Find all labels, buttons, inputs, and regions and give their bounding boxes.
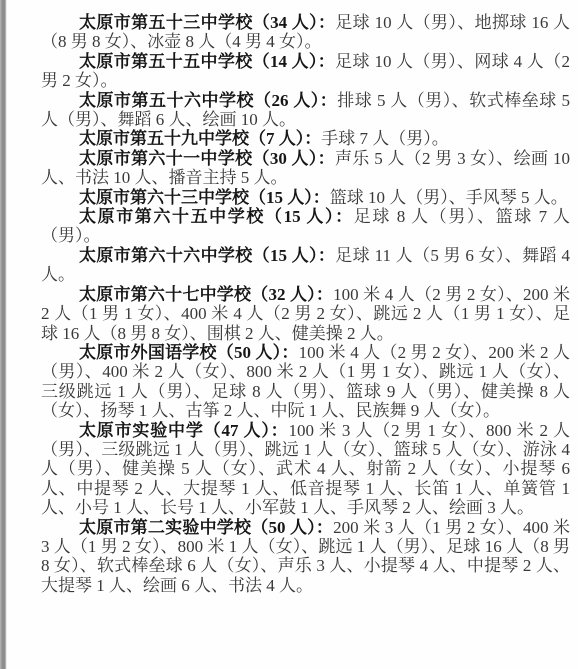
school-entry: 太原市第五十九中学校（7 人）：手球 7 人（男）。 [41,129,570,148]
school-details: 篮球 10 人（男）、手风琴 5 人。 [330,188,568,207]
school-name: 太原市第二实验中学校（50 人）： [79,518,333,537]
school-entry: 太原市第六十六中学校（15 人）：足球 11 人（5 男 6 女）、舞蹈 4 人… [41,246,570,285]
school-name: 太原市第六十七中学校（32 人）： [79,285,333,304]
school-name: 太原市实验中学（47 人）： [79,421,288,440]
document-text-block: 太原市第五十三中学校（34 人）：足球 10 人（男）、地掷球 16 人（8 男… [41,13,570,595]
school-name: 太原市第六十三中学校（15 人）： [79,188,330,207]
school-entry: 太原市实验中学（47 人）：100 米 3 人（2 男 1 女）、800 米 2… [41,421,570,518]
school-entry: 太原市第五十三中学校（34 人）：足球 10 人（男）、地掷球 16 人（8 男… [41,13,570,52]
school-name: 太原市第六十六中学校（15 人）： [79,246,335,265]
school-entry: 太原市第二实验中学校（50 人）：200 米 3 人（1 男 2 女）、400 … [41,518,570,596]
school-details: 手球 7 人（男）。 [321,129,449,148]
school-entry: 太原市第六十一中学校（30 人）：声乐 5 人（2 男 3 女）、绘画 10 人… [41,149,570,188]
page-edge-shadow [0,0,7,669]
school-entry: 太原市第六十七中学校（32 人）：100 米 4 人（2 男 2 女）、200 … [41,285,570,343]
school-name: 太原市第六十一中学校（30 人）： [79,149,335,168]
school-entry: 太原市外国语学校（50 人）：100 米 4 人（2 男 2 女）、200 米 … [41,343,570,421]
school-name: 太原市外国语学校（50 人）： [79,343,299,362]
school-name: 太原市第五十六中学校（26 人）： [79,91,337,110]
school-name: 太原市第五十五中学校（14 人）： [79,52,335,71]
school-name: 太原市第五十九中学校（7 人）： [79,129,321,148]
school-name: 太原市第五十三中学校（34 人）： [79,13,335,32]
school-entry: 太原市第六十五中学校（15 人）：足球 8 人（男）、篮球 7 人（男）。 [41,207,570,246]
document-page: 太原市第五十三中学校（34 人）：足球 10 人（男）、地掷球 16 人（8 男… [0,0,578,669]
school-entry: 太原市第五十五中学校（14 人）：足球 10 人（男）、网球 4 人（2 男 2… [41,52,570,91]
school-entry: 太原市第五十六中学校（26 人）：排球 5 人（男）、软式棒垒球 5 人（男）、… [41,91,570,130]
school-name: 太原市第六十五中学校（15 人）： [79,207,354,226]
school-entry: 太原市第六十三中学校（15 人）：篮球 10 人（男）、手风琴 5 人。 [41,188,570,207]
